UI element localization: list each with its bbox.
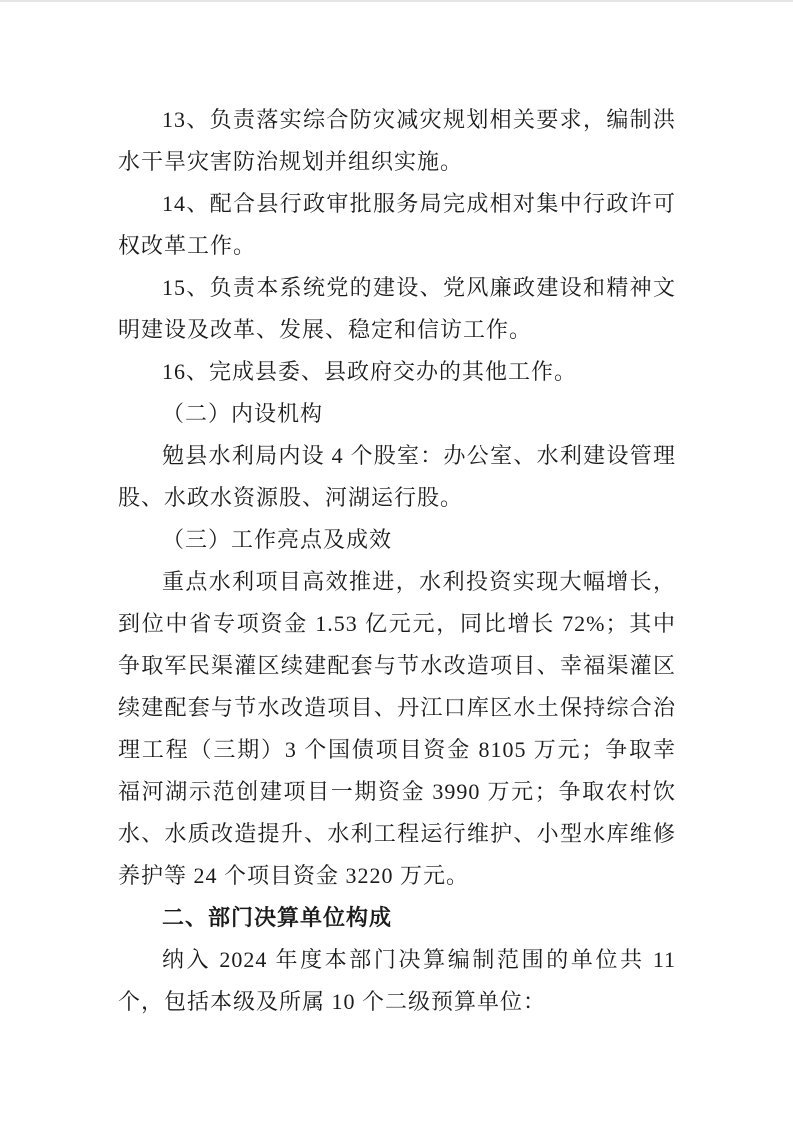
document-content: 13、负责落实综合防灾减灾规划相关要求，编制洪水干旱灾害防治规划并组织实施。 1… [118, 99, 676, 1023]
subsection-heading-work-highlights: （三）工作亮点及成效 [118, 519, 676, 561]
document-page: 13、负责落实综合防灾减灾规划相关要求，编制洪水干旱灾害防治规划并组织实施。 1… [0, 0, 793, 1122]
subsection-heading-internal-structure: （二）内设机构 [118, 393, 676, 435]
work-highlights-paragraph: 重点水利项目高效推进，水利投资实现大幅增长，到位中省专项资金 1.53 亿元元，… [118, 561, 676, 897]
paragraph-item-16: 16、完成县委、县政府交办的其他工作。 [118, 351, 676, 393]
internal-structure-paragraph: 勉县水利局内设 4 个股室：办公室、水利建设管理股、水政水资源股、河湖运行股。 [118, 435, 676, 519]
paragraph-item-14: 14、配合县行政审批服务局完成相对集中行政许可权改革工作。 [118, 183, 676, 267]
paragraph-item-15: 15、负责本系统党的建设、党风廉政建设和精神文明建设及改革、发展、稳定和信访工作… [118, 267, 676, 351]
section-heading-final-accounts-units: 二、部门决算单位构成 [118, 897, 676, 939]
units-scope-paragraph: 纳入 2024 年度本部门决算编制范围的单位共 11 个，包括本级及所属 10 … [118, 939, 676, 1023]
paragraph-item-13: 13、负责落实综合防灾减灾规划相关要求，编制洪水干旱灾害防治规划并组织实施。 [118, 99, 676, 183]
